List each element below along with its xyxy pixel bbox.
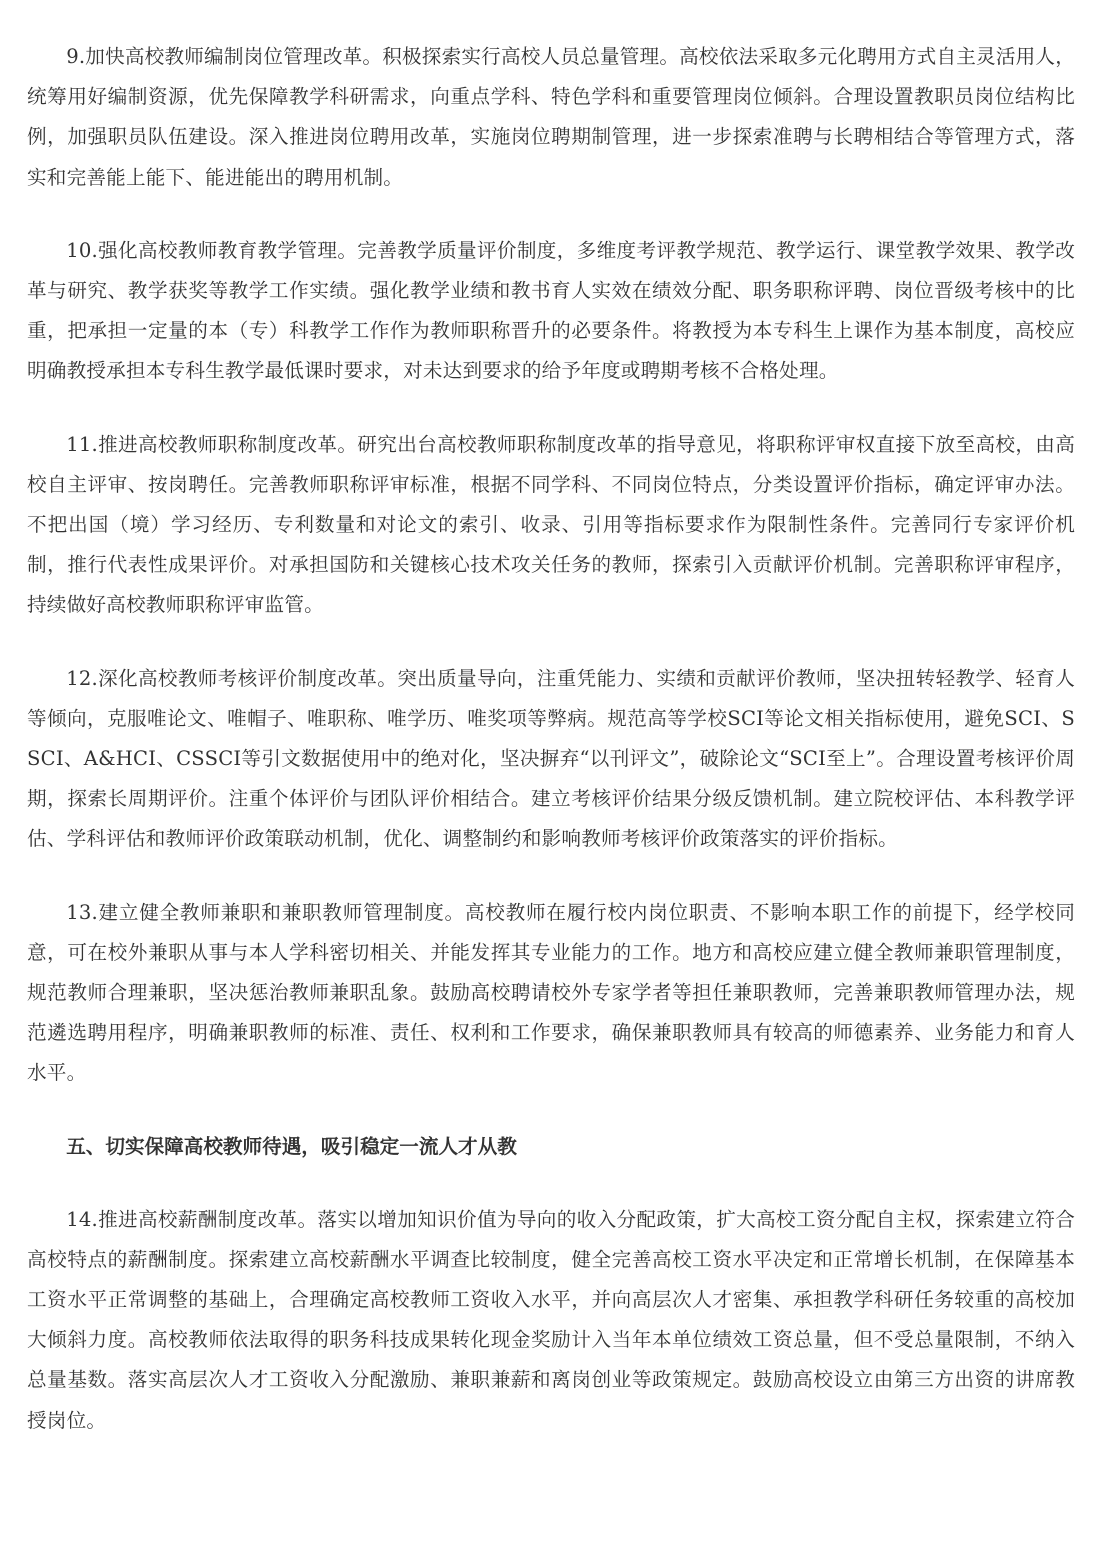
section-heading: 五、切实保障高校教师待遇，吸引稳定一流人才从教	[27, 1127, 1075, 1167]
paragraph-13: 13.建立健全教师兼职和兼职教师管理制度。高校教师在履行校内岗位职责、不影响本职…	[27, 893, 1075, 1094]
paragraph-10: 10.强化高校教师教育教学管理。完善教学质量评价制度，多维度考评教学规范、教学运…	[27, 231, 1075, 392]
paragraph-gap	[27, 198, 1075, 231]
paragraph-gap	[27, 1167, 1075, 1200]
paragraph-gap	[27, 626, 1075, 659]
paragraph-12: 12.深化高校教师考核评价制度改革。突出质量导向，注重凭能力、实绩和贡献评价教师…	[27, 659, 1075, 860]
paragraph-14: 14.推进高校薪酬制度改革。落实以增加知识价值为导向的收入分配政策，扩大高校工资…	[27, 1200, 1075, 1441]
paragraph-9: 9.加快高校教师编制岗位管理改革。积极探索实行高校人员总量管理。高校依法采取多元…	[27, 37, 1075, 198]
paragraph-gap	[27, 392, 1075, 425]
paragraph-gap	[27, 860, 1075, 893]
paragraph-gap	[27, 1094, 1075, 1127]
document-body: 9.加快高校教师编制岗位管理改革。积极探索实行高校人员总量管理。高校依法采取多元…	[27, 37, 1075, 1441]
paragraph-11: 11.推进高校教师职称制度改革。研究出台高校教师职称制度改革的指导意见，将职称评…	[27, 425, 1075, 626]
